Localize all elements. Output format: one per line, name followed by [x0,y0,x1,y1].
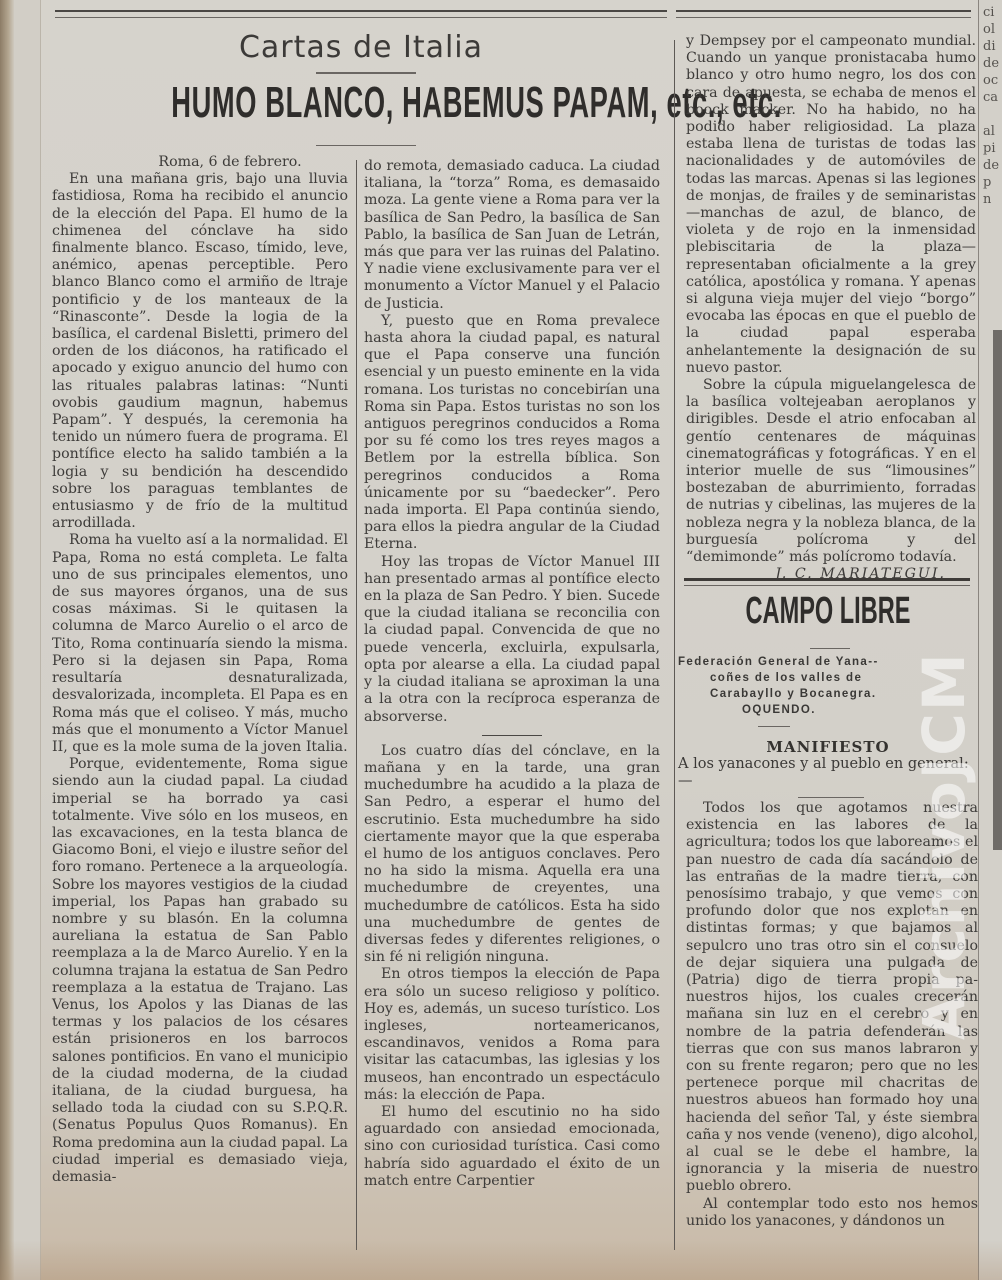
paragraph: Y, puesto que en Roma prevalece hasta ah… [364,313,660,554]
paragraph: Los cuatro días del cónclave, en la maña… [364,743,660,967]
adjacent-page-strip-left [14,0,41,1280]
divider [316,72,416,74]
article-column-2: do remota, demasiado caduca. La ciudad i… [364,158,660,1190]
top-rule-right [676,10,971,18]
article-column-1: Roma, 6 de febrero. En una mañana gris, … [52,154,348,1186]
article-column-3: y Dempsey por el campeonato mundial. Cua… [686,33,976,584]
divider [810,648,850,649]
paragraph: y Dempsey por el campeonato mundial. Cua… [686,33,976,377]
headline: HUMO BLANCO, HABEMUS PAPAM, etc., etc. [171,78,550,128]
dateline: Roma, 6 de febrero. [52,154,348,171]
manifesto-body: Todos los que agotamos nuestra existenci… [686,800,978,1230]
federation-line: Federación General de Yana-- [678,654,938,670]
paragraph: Roma ha vuelto así a la normalidad. El P… [52,532,348,756]
page-binding-edge [0,0,14,1280]
manifesto-subtitle: A los yanacones y al pueblo en general:— [678,756,978,790]
text-fragment: pi [979,140,1002,157]
paragraph: En otros tiempos la elección de Papa era… [364,966,660,1104]
section-title: Cartas de Italia [55,30,667,65]
federation-line: coñes de los valles de [678,670,938,686]
column-rule [674,40,675,1250]
text-fragment: de [979,157,1002,174]
divider [316,145,416,146]
campo-libre-title: CAMPO LIBRE [736,590,920,633]
divider [798,797,864,798]
section-break [482,735,542,736]
text-fragment: di [979,38,1002,55]
paragraph: Hoy las tropas de Víctor Manuel III han … [364,554,660,726]
federation-header: Federación General de Yana-- coñes de lo… [678,654,938,718]
adjacent-column-fragments: cioldideocca alpidepn [979,0,1002,208]
paragraph: En una mañana gris, bajo una lluvia fast… [52,171,348,532]
paragraph: El humo del escutinio no ha sido aguarda… [364,1104,660,1190]
federation-line: Carabayllo y Bocanegra. [678,686,938,702]
text-fragment: ca [979,89,1002,106]
text-fragment: ci [979,4,1002,21]
paragraph: Porque, evidentemente, Roma sigue siendo… [52,756,348,1186]
page-edge-shadow [993,330,1002,850]
top-rule [55,10,667,18]
federation-line: OQUENDO. [678,702,938,718]
text-fragment: n [979,191,1002,208]
paragraph: Sobre la cúpula miguelangelesca de la ba… [686,377,976,566]
text-fragment: de [979,55,1002,72]
text-fragment: al [979,123,1002,140]
text-fragment: ol [979,21,1002,38]
campo-libre-rule [684,578,970,586]
manifesto-title: MANIFIESTO [680,738,976,756]
paragraph: Todos los que agotamos nuestra existenci… [686,800,978,1196]
divider [758,726,790,727]
text-fragment: p [979,174,1002,191]
page-bottom-shadow [0,1240,1002,1280]
newspaper-page: Cartas de Italia HUMO BLANCO, HABEMUS PA… [0,0,1002,1280]
text-fragment [979,106,1002,123]
paragraph: do remota, demasiado caduca. La ciudad i… [364,158,660,313]
text-fragment: oc [979,72,1002,89]
paragraph: Al contemplar todo esto nos hemos unido … [686,1196,978,1230]
column-rule [356,160,357,1250]
